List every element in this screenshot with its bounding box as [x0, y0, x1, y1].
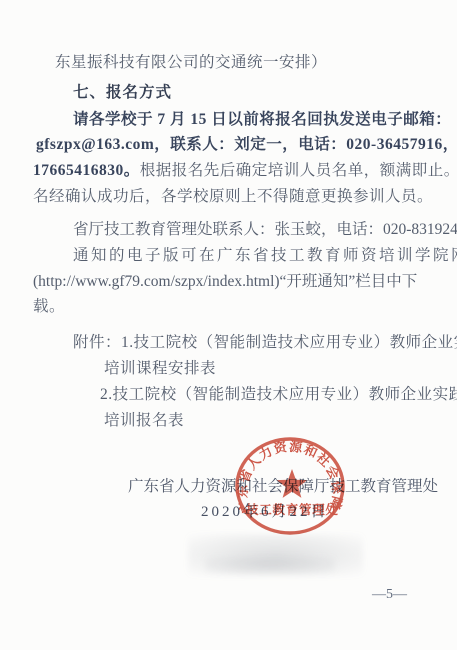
attachment-label: 附件：	[73, 334, 121, 351]
para3-line2-url: (http://www.gf79.com/szpx/index.html)“开班…	[33, 274, 417, 290]
attachment1-title: 1.技工院校（智能制造技术应用专业）教师企业实践	[121, 334, 457, 351]
page-number: —5—	[372, 588, 407, 602]
para3-line1: 通知的电子版可在广东省技工教育师资培训学院网站	[73, 248, 457, 264]
phone-number: 17665416830。	[33, 162, 140, 179]
para1-line3: 17665416830。根据报名先后确定培训人员名单，额满即止。报	[33, 163, 457, 179]
official-stamp: 广东省人力资源和社会保障厅 技工教育管理处	[230, 432, 354, 544]
carryover-line: 东星振科技有限公司的交通统一安排）	[55, 55, 327, 71]
attachment1-line2: 培训课程安排表	[104, 361, 216, 377]
stamp-inner-text: 技工教育管理处	[245, 502, 338, 517]
stamp-star-icon	[277, 469, 307, 498]
attachment2-line2: 培训报名表	[104, 413, 184, 429]
para1-line2-email-contact: gfszpx@163.com，联系人：刘定一，电话：020-36457916，	[36, 137, 457, 153]
para1-line1: 请各学校于 7 月 15 日以前将报名回执发送电子邮箱：	[73, 112, 451, 128]
para1-line4: 名经确认成功后，各学校原则上不得随意更换参训人员。	[33, 189, 433, 205]
para1-line3-rest: 根据报名先后确定培训人员名单，额满即止。报	[140, 162, 457, 179]
attachment1-line1: 附件：1.技工院校（智能制造技术应用专业）教师企业实践	[73, 335, 457, 351]
para3-line3: 载。	[33, 299, 65, 315]
scanned-notice-page: 东星振科技有限公司的交通统一安排） 七、报名方式 请各学校于 7 月 15 日以…	[0, 0, 457, 650]
attachment2-line1: 2.技工院校（智能制造技术应用专业）教师企业实践	[100, 387, 457, 403]
section-heading: 七、报名方式	[73, 85, 172, 101]
scan-smudge-2	[205, 556, 335, 574]
para2-contact-line: 省厅技工教育管理处联系人：张玉蛟，电话：020-83192406。	[73, 222, 457, 238]
